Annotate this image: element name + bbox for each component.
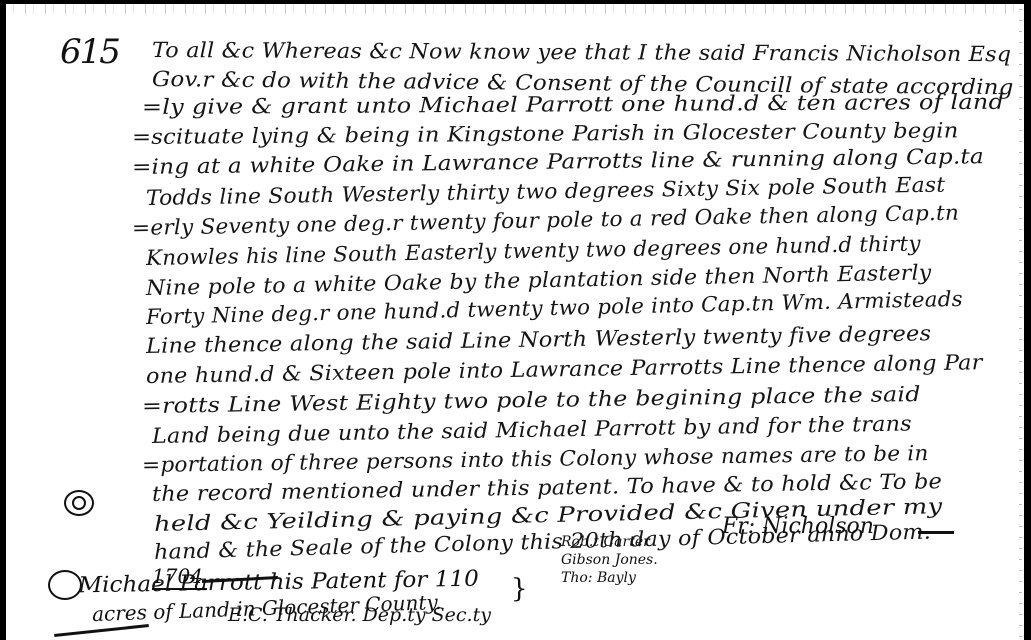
seal-flourish-icon	[64, 490, 94, 516]
witness-1: Rob.t Carter	[561, 534, 650, 550]
body-line-3: =ly give & grant unto Michael Parrott on…	[142, 90, 1004, 119]
witness-2: Gibson Jones.	[561, 552, 658, 568]
body-line-1: To all &c Whereas &c Now know yee that I…	[152, 38, 1011, 66]
folio-number: 615	[60, 32, 119, 72]
endorsement-underline	[54, 624, 149, 637]
scan-noise-top	[6, 4, 1024, 14]
endorsement-bracket: }	[511, 574, 528, 604]
endorsement-oval-icon	[48, 570, 82, 600]
document-page: 615 To all &c Whereas &c Now know yee th…	[6, 4, 1024, 640]
body-line-4: =scituate lying & being in Kingstone Par…	[132, 118, 959, 149]
scan-edge-right	[1019, 4, 1022, 640]
governor-signature: Fr: Nicholson	[722, 514, 874, 539]
clerk-signature: E.C. Thacker. Dep.ty Sec.ty	[228, 604, 491, 626]
witness-3: Tho: Bayly	[561, 570, 636, 586]
signature-flourish	[918, 531, 954, 534]
